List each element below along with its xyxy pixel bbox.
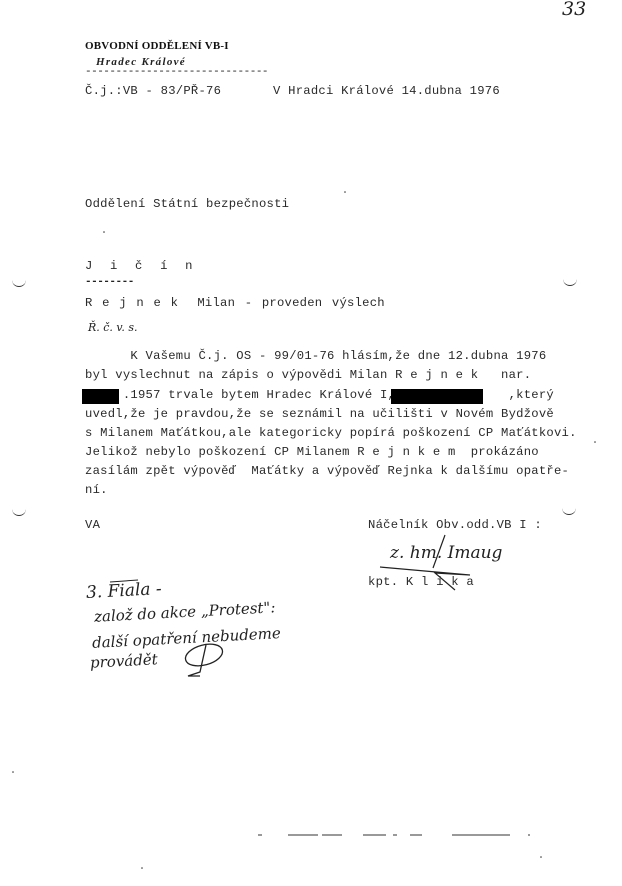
- pen-marks: [0, 0, 622, 886]
- signature-flourish: [380, 567, 470, 590]
